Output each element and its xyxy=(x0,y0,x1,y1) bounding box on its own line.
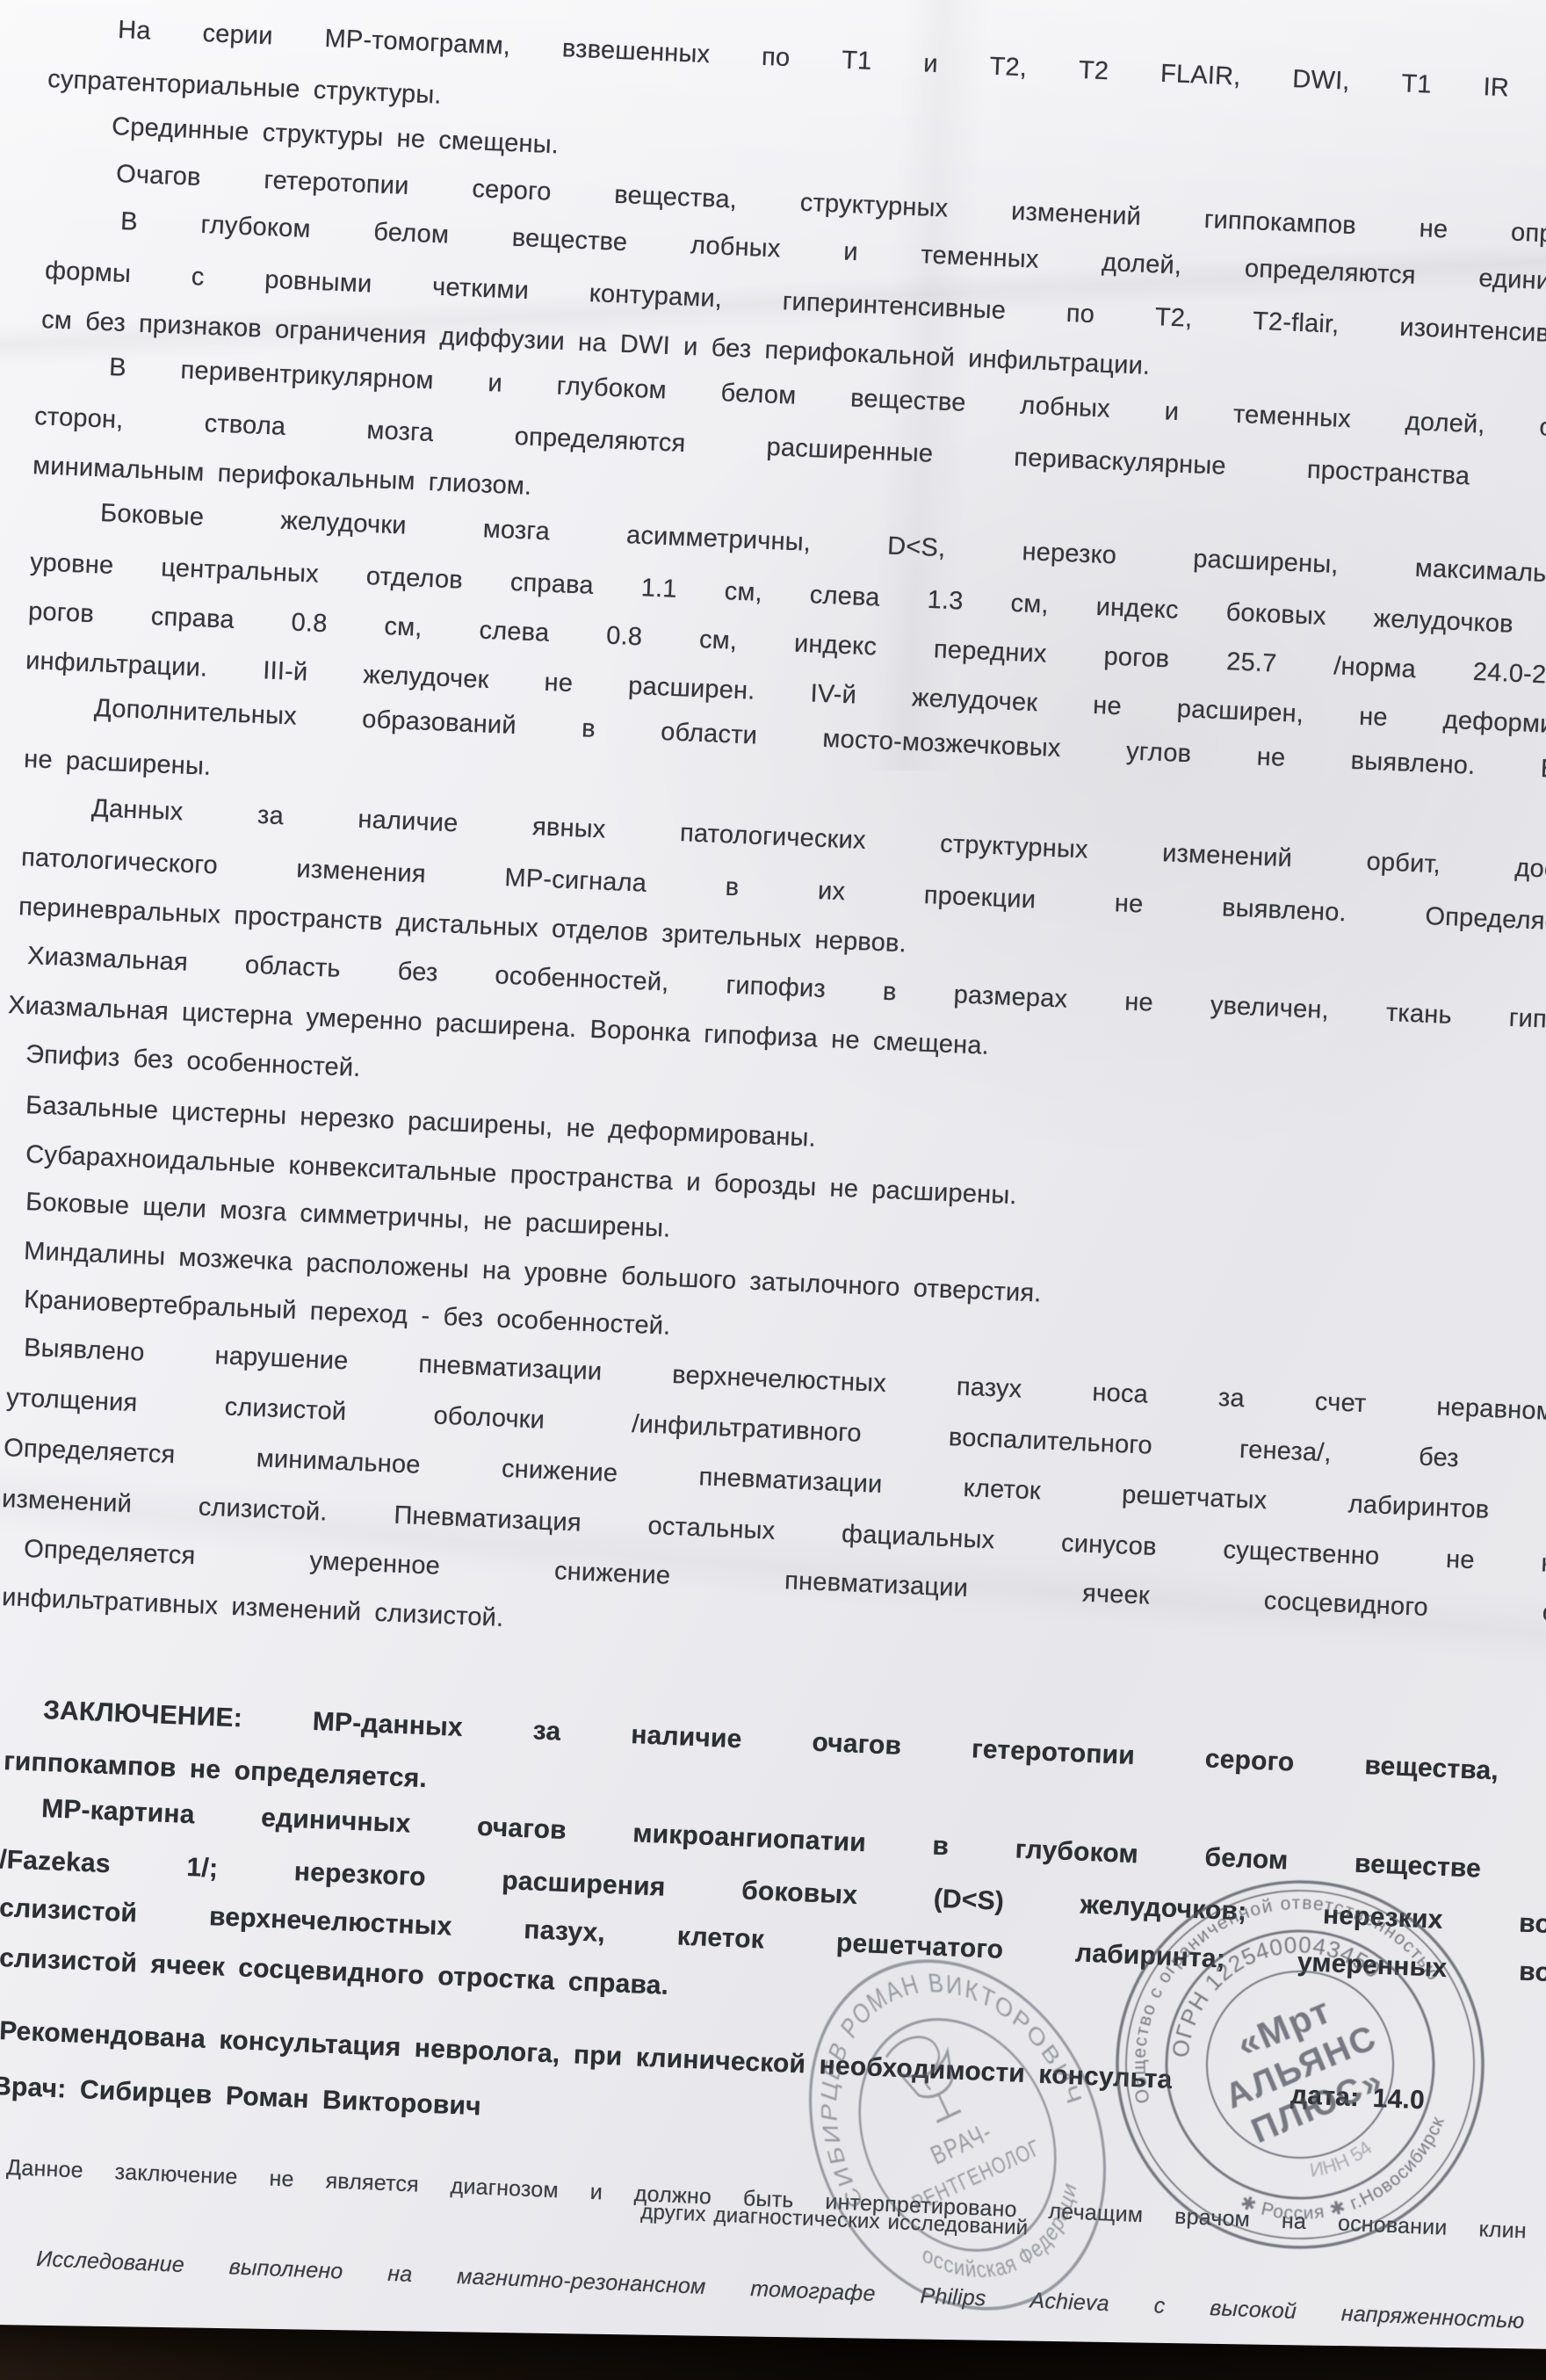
report-line: Боковые щели мозга симметричны, не расши… xyxy=(25,1186,671,1245)
report-line: не расширены. xyxy=(23,743,212,783)
report-line: Эпифиз без особенностей. xyxy=(25,1038,361,1084)
report-line: инфильтративных изменений слизистой. xyxy=(1,1581,504,1634)
report-line: дата: 14.0 xyxy=(1290,2079,1425,2117)
report-line: Исследование выполнено на магнитно-резон… xyxy=(36,2246,1546,2339)
report-line: слизистой ячеек сосцевидного отростка сп… xyxy=(0,1942,669,2002)
report-text: На серии МР-томограмм, взвешенных по Т1 … xyxy=(0,0,1546,2380)
photo-of-mri-report: { "report_lines": [ {"text":"На серии МР… xyxy=(0,0,1546,2380)
report-line: Врач: Сибирцев Роман Викторович xyxy=(0,2070,482,2123)
report-line: Данное заключение не является диагнозом … xyxy=(6,2154,1528,2246)
report-line: минимальным перифокальным глиозом. xyxy=(32,450,532,503)
report-line: гиппокампов не определяется. xyxy=(3,1745,427,1796)
report-line: Срединные структуры не смещены. xyxy=(111,111,559,162)
report-line: Краниовертебральный переход - без особен… xyxy=(23,1284,671,1342)
report-line: супратенториальные структуры. xyxy=(47,63,442,112)
